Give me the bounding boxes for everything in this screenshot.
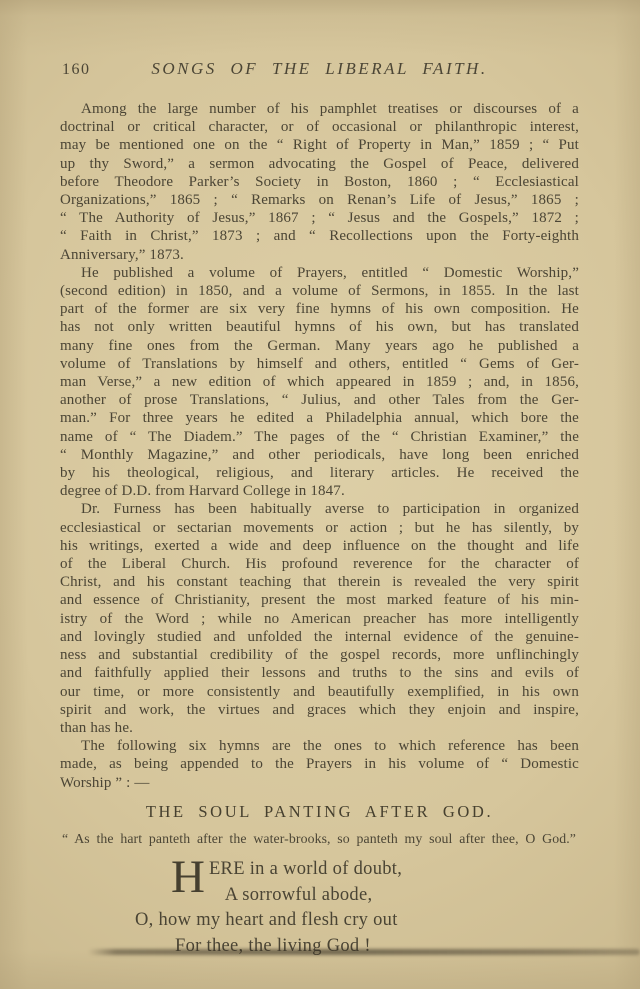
text-line: spirit and work, the virtues and graces … [60,701,579,719]
poem-line: For thee, the living God ! [175,934,470,960]
scan-shadow [88,949,640,955]
poem: H ERE in a world of doubt, A sorrowful a… [135,857,470,959]
text-line: our time, or more consistently and beaut… [60,683,579,701]
text-line: may be mentioned one on the “ Right of P… [60,136,579,154]
text-line: has not only written beautiful hymns of … [60,318,579,336]
text-line: volume of Translations by himself and ot… [60,355,579,373]
page-header: 160 SONGS OF THE LIBERAL FAITH. [60,59,579,83]
text-line: many fine ones from the German. Many yea… [60,337,579,355]
text-line: his writings, exerted a wide and deep in… [60,537,579,555]
text-line: man.” For three years he edited a Philad… [60,409,579,427]
text-line: up thy Sword,” a sermon advocating the G… [60,155,579,173]
text-line: and lovingly studied and unfolded the in… [60,628,579,646]
text-line: He published a volume of Prayers, entitl… [60,264,579,282]
poem-head-lines: ERE in a world of doubt, A sorrowful abo… [209,857,402,908]
text-line: Dr. Furness has been habitually averse t… [60,500,579,518]
text-line: “ The Authority of Jesus,” 1867 ; “ Jesu… [60,209,579,227]
text-line: “ Faith in Christ,” 1873 ; and “ Recolle… [60,227,579,245]
text-line: than has he. [60,719,579,737]
text-line: ecclesiastical or sectarian movements or… [60,519,579,537]
poem-line: O, how my heart and flesh cry out [135,908,470,934]
text-line: istry of the Word ; while no American pr… [60,610,579,628]
text-line: ness and substantial credibility of the … [60,646,579,664]
text-line: and faithfully applied their lessons and… [60,664,579,682]
page-number: 160 [62,61,91,79]
text-line: part of the former are six very fine hym… [60,300,579,318]
text-line: of the Liberal Church. His profound reve… [60,555,579,573]
text-line: “ Monthly Magazine,” and other periodica… [60,446,579,464]
text-line: by his theological, religious, and liter… [60,464,579,482]
text-line: (second edition) in 1850, and a volume o… [60,282,579,300]
text-line: made, as being appended to the Prayers i… [60,755,579,773]
running-title: SONGS OF THE LIBERAL FAITH. [60,59,579,79]
drop-cap: H [171,857,205,898]
epigraph: “ As the hart panteth after the water-br… [62,831,576,847]
text-line: Organizations,” 1865 ; “ Remarks on Rena… [60,191,579,209]
book-page: 160 SONGS OF THE LIBERAL FAITH. Among th… [0,0,640,989]
poem-line: ERE in a world of doubt, [209,857,402,883]
text-line: The following six hymns are the ones to … [60,737,579,755]
poem-first-stanza-head: H ERE in a world of doubt, A sorrowful a… [135,857,470,908]
text-line: degree of D.D. from Harvard College in 1… [60,482,579,500]
text-line: Worship ” : — [60,774,579,792]
body-text: Among the large number of his pamphlet t… [60,100,579,792]
text-line: and essence of Christianity, present the… [60,591,579,609]
text-line: another of prose Translations, “ Julius,… [60,391,579,409]
text-line: Anniversary,” 1873. [60,246,579,264]
text-line: man Verse,” a new edition of which appea… [60,373,579,391]
section-heading: THE SOUL PANTING AFTER GOD. [60,802,579,822]
text-line: Christ, and his constant teaching that t… [60,573,579,591]
text-line: name of “ The Diadem.” The pages of the … [60,428,579,446]
text-line: Among the large number of his pamphlet t… [60,100,579,118]
text-line: doctrinal or critical character, or of o… [60,118,579,136]
poem-line: A sorrowful abode, [209,883,402,909]
text-line: before Theodore Parker’s Society in Bost… [60,173,579,191]
